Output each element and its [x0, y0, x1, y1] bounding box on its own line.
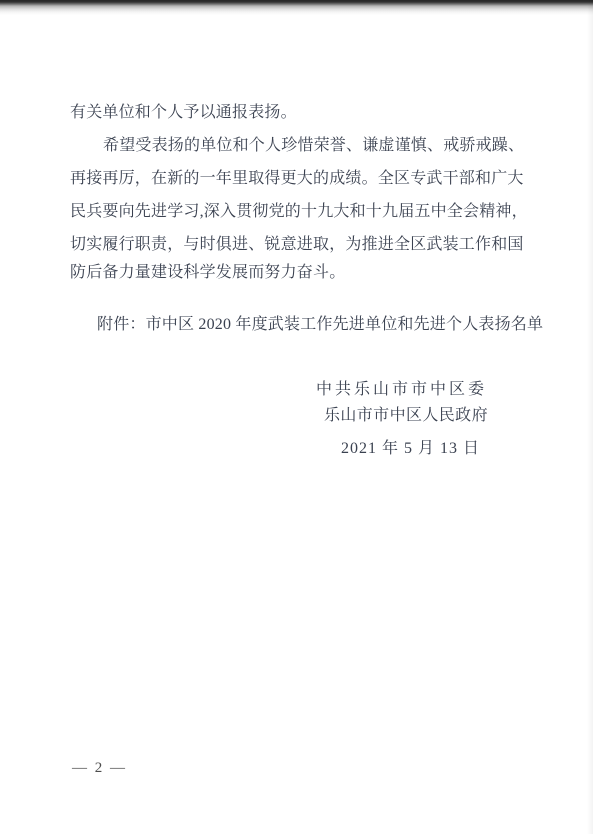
- signature-government: 乐山市市中区人民政府: [324, 402, 488, 425]
- signature-party-committee: 中共乐山市市中区委: [316, 376, 487, 399]
- body-paragraph-line: 希望受表扬的单位和个人珍惜荣誉、谦虚谨慎、戒骄戒躁、: [103, 135, 573, 157]
- scanned-document-page: 有关单位和个人予以通报表扬。 希望受表扬的单位和个人珍惜荣誉、谦虚谨慎、戒骄戒躁…: [0, 0, 593, 834]
- body-paragraph-line: 防后备力量建设科学发展而努力奋斗。: [70, 262, 540, 284]
- body-paragraph-line: 有关单位和个人予以通报表扬。: [70, 102, 540, 124]
- signature-date: 2021 年 5 月 13 日: [341, 435, 480, 458]
- body-paragraph-line: 再接再厉，在新的一年里取得更大的成绩。全区专武干部和广大: [70, 168, 540, 190]
- scan-edge-right-shadow: [587, 0, 593, 834]
- body-paragraph-line: 民兵要向先进学习,深入贯彻党的十九大和十九届五中全会精神，: [70, 201, 540, 223]
- attachment-reference-line: 附件：市中区 2020 年度武装工作先进单位和先进个人表扬名单: [97, 311, 543, 334]
- scan-edge-top-shadow: [0, 0, 593, 15]
- body-paragraph-line: 切实履行职责，与时俱进、锐意进取，为推进全区武装工作和国: [70, 234, 540, 256]
- page-number: — 2 —: [72, 760, 127, 777]
